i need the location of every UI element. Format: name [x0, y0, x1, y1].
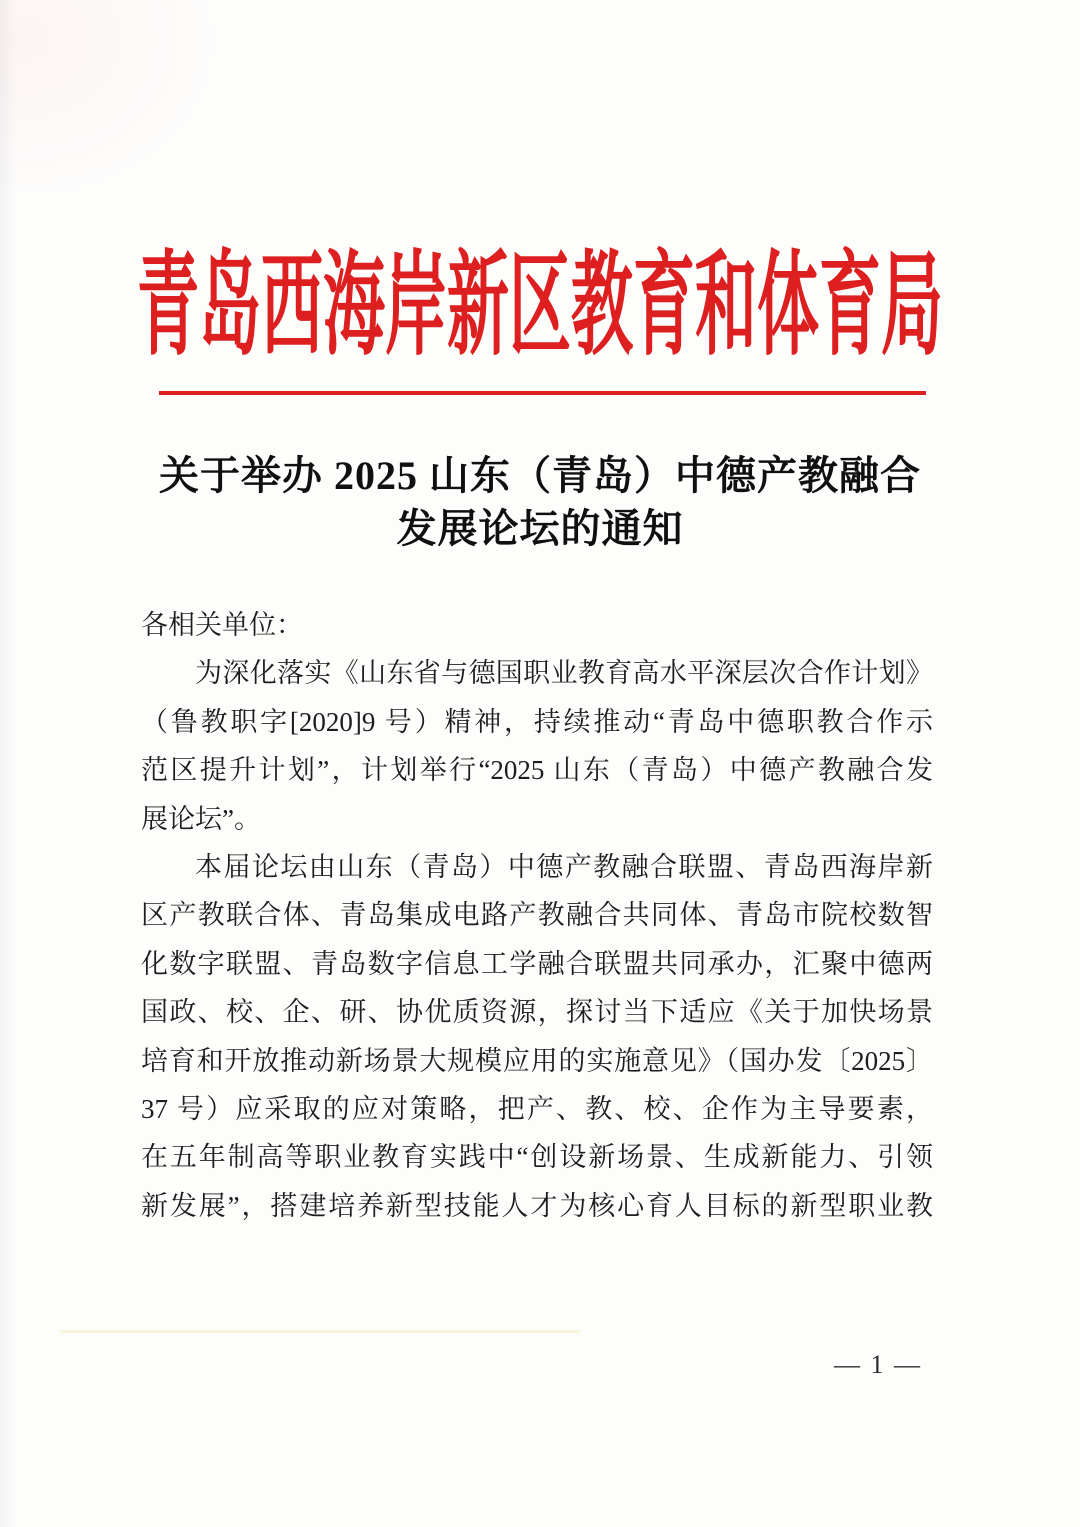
- body-text-line: 国政、校、企、研、协优质资源，探讨当下适应《关于加快场景: [141, 988, 933, 1036]
- document-title: 关于举办 2025 山东（青岛）中德产教融合 发展论坛的通知: [0, 449, 1080, 555]
- body-text-line: （鲁教职字[2020]9 号）精神，持续推动“青岛中德职教合作示: [141, 698, 933, 746]
- document-header: 青岛西海岸新区教育和体育局: [0, 215, 1080, 304]
- body-text-line: 为深化落实《山东省与德国职业教育高水平深层次合作计划》: [141, 649, 933, 697]
- document-title-line1: 关于举办 2025 山东（青岛）中德产教融合: [0, 449, 1080, 502]
- body-text-line: 新发展”，搭建培养新型技能人才为核心育人目标的新型职业教: [141, 1182, 933, 1230]
- agency-title: 青岛西海岸新区教育和体育局: [137, 215, 943, 377]
- body-text-line: 37 号）应采取的应对策略，把产、教、校、企作为主导要素，: [141, 1085, 933, 1133]
- body-text-line: 范区提升计划”，计划举行“2025 山东（青岛）中德产教融合发: [141, 746, 933, 794]
- scan-artifact-line: [60, 1330, 580, 1333]
- header-divider-line: [159, 391, 926, 395]
- body-text-line: 展论坛”。: [141, 795, 933, 843]
- document-title-line2: 发展论坛的通知: [0, 502, 1080, 555]
- body-text-line: 区产教联合体、青岛集成电路产教融合共同体、青岛市院校数智: [141, 891, 933, 939]
- page-number: — 1 —: [834, 1350, 922, 1380]
- body-text-line: 本届论坛由山东（青岛）中德产教融合联盟、青岛西海岸新: [141, 843, 933, 891]
- body-text-line: 化数字联盟、青岛数字信息工学融合联盟共同承办，汇聚中德两: [141, 940, 933, 988]
- document-page: 青岛西海岸新区教育和体育局 关于举办 2025 山东（青岛）中德产教融合 发展论…: [0, 0, 1080, 1527]
- scan-artifact-smudge: [0, 0, 220, 200]
- body-text-line: 各相关单位：: [141, 601, 933, 649]
- document-body: 各相关单位：为深化落实《山东省与德国职业教育高水平深层次合作计划》（鲁教职字[2…: [141, 601, 933, 1230]
- body-text-line: 在五年制高等职业教育实践中“创设新场景、生成新能力、引领: [141, 1133, 933, 1181]
- body-text-line: 培育和开放推动新场景大规模应用的实施意见》（国办发〔2025〕: [141, 1037, 933, 1085]
